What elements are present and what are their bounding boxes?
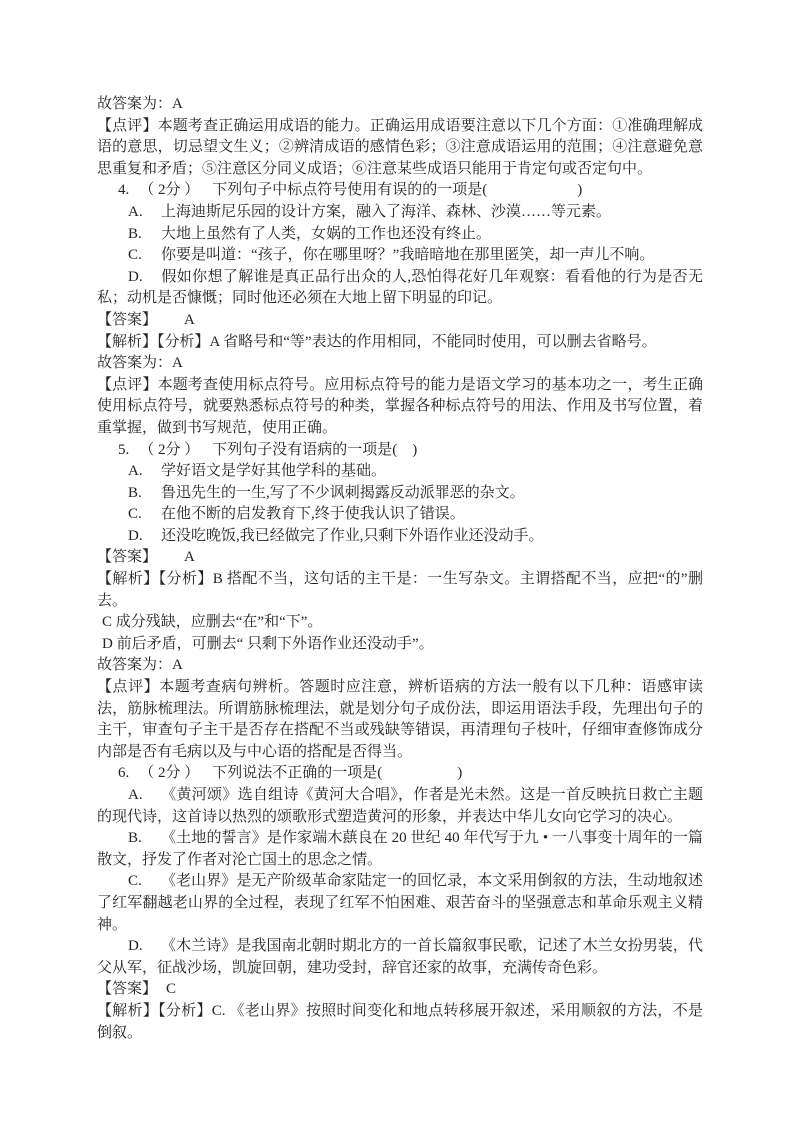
option-label: A. [128, 785, 161, 807]
option-line: C.《老山界》是无产阶级革命家陆定一的回忆录，本文采用倒叙的方法，生动地叙述了红… [97, 871, 703, 936]
paragraph: 故答案为：A [97, 655, 703, 677]
paragraph: 【解析】【分析】C. 《老山界》按照时间变化和地点转移展开叙述，采用顺叙的方法，… [97, 1001, 703, 1044]
option-text: 上海迪斯尼乐园的设计方案，融入了海洋、森林、沙漠……等元素。 [161, 204, 611, 220]
option-label: B. [128, 224, 161, 246]
option-line: B.鲁迅先生的一生,写了不少讽刺揭露反动派罪恶的杂文。 [97, 483, 703, 505]
question-score: （ 2分 ） [139, 765, 199, 781]
question-line: 5.（ 2分 ）下列句子没有语病的一项是( ) [97, 440, 703, 462]
option-line: D.还没吃晚饭,我已经做完了作业,只剩下外语作业还没动手。 [97, 526, 703, 548]
option-label: D. [128, 267, 161, 289]
option-text: 假如你想了解谁是真正品行出众的人,恐怕得花好几年观察：看看他的行为是否无私；动机… [97, 269, 703, 307]
option-label: A. [128, 461, 161, 483]
option-label: C. [128, 245, 161, 267]
option-text: 你要是叫道：“孩子，你在哪里呀？”我暗暗地在那里匿笑，却一声儿不响。 [161, 247, 654, 263]
paragraph: 故答案为：A [97, 353, 703, 375]
paragraph: 【解析】【分析】B 搭配不当，这句话的主干是：一生写杂文。主谓搭配不当，应把“的… [97, 569, 703, 612]
option-text: 大地上虽然有了人类，女娲的工作也还没有终止。 [161, 226, 491, 242]
option-line: B.大地上虽然有了人类，女娲的工作也还没有终止。 [97, 224, 703, 246]
answer-line: 【答案】C [97, 979, 703, 1001]
question-number: 5. [118, 442, 129, 458]
answer-label: 【答案】 [97, 549, 157, 565]
option-line: A.上海迪斯尼乐园的设计方案，融入了海洋、森林、沙漠……等元素。 [97, 202, 703, 224]
option-text: 还没吃晚饭,我已经做完了作业,只剩下外语作业还没动手。 [161, 528, 544, 544]
paragraph: 【点评】本题考查使用标点符号。应用标点符号的能力是语文学习的基本功之一，考生正确… [97, 375, 703, 440]
option-label: D. [128, 526, 161, 548]
option-text: 《土地的誓言》是作家端木蕻良在 20 世纪 40 年代写于九 • 一八事变十周年… [97, 830, 703, 868]
option-text: 在他不断的启发教育下,终于使我认识了错误。 [161, 506, 465, 522]
answer-label: 【答案】 [97, 312, 157, 328]
question-line: 4.（ 2分 ）下列句子中标点符号使用有误的的一项是( ) [97, 180, 703, 202]
option-line: A.学好语文是学好其他学科的基础。 [97, 461, 703, 483]
paragraph: 【点评】本题考查正确运用成语的能力。正确运用成语要注意以下几个方面：①准确理解成… [97, 116, 703, 181]
paragraph: C 成分残缺，应删去“在”和“下”。 [97, 612, 703, 634]
option-line: D.假如你想了解谁是真正品行出众的人,恐怕得花好几年观察：看看他的行为是否无私；… [97, 267, 703, 310]
option-line: D.《木兰诗》是我国南北朝时期北方的一首长篇叙事民歌，记述了木兰女扮男装，代父从… [97, 936, 703, 979]
option-label: B. [128, 828, 161, 850]
option-label: A. [128, 202, 161, 224]
option-text: 鲁迅先生的一生,写了不少讽刺揭露反动派罪恶的杂文。 [161, 485, 525, 501]
answer-line: 【答案】A [97, 547, 703, 569]
option-label: C. [128, 871, 161, 893]
answer-value: A [184, 549, 195, 565]
document-content: 故答案为：A【点评】本题考查正确运用成语的能力。正确运用成语要注意以下几个方面：… [97, 94, 703, 1044]
option-text: 学好语文是学好其他学科的基础。 [161, 463, 386, 479]
option-line: C.在他不断的启发教育下,终于使我认识了错误。 [97, 504, 703, 526]
question-text: 下列说法不正确的一项是( ) [212, 765, 462, 781]
question-text: 下列句子没有语病的一项是( ) [212, 442, 417, 458]
answer-value: A [184, 312, 195, 328]
option-line: A.《黄河颂》选自组诗《黄河大合唱》，作者是光未然。这是一首反映抗日救亡主题的现… [97, 785, 703, 828]
question-text: 下列句子中标点符号使用有误的的一项是( ) [212, 182, 582, 198]
option-label: B. [128, 483, 161, 505]
document-page: 故答案为：A【点评】本题考查正确运用成语的能力。正确运用成语要注意以下几个方面：… [0, 0, 793, 1122]
answer-label: 【答案】 [97, 981, 157, 997]
option-text: 《老山界》是无产阶级革命家陆定一的回忆录，本文采用倒叙的方法，生动地叙述了红军翻… [97, 873, 703, 932]
option-text: 《黄河颂》选自组诗《黄河大合唱》，作者是光未然。这是一首反映抗日救亡主题的现代诗… [97, 787, 703, 825]
option-label: D. [128, 936, 161, 958]
option-line: B.《土地的誓言》是作家端木蕻良在 20 世纪 40 年代写于九 • 一八事变十… [97, 828, 703, 871]
question-score: （ 2分 ） [139, 442, 199, 458]
question-number: 6. [118, 765, 129, 781]
question-score: （ 2分 ） [139, 182, 199, 198]
option-line: C.你要是叫道：“孩子，你在哪里呀？”我暗暗地在那里匿笑，却一声儿不响。 [97, 245, 703, 267]
paragraph: 【点评】本题考查病句辨析。答题时应注意，辨析语病的方法一般有以下几种：语感审读法… [97, 677, 703, 763]
paragraph: 【解析】【分析】A 省略号和“等”表达的作用相同，不能同时使用，可以删去省略号。 [97, 332, 703, 354]
question-line: 6.（ 2分 ）下列说法不正确的一项是( ) [97, 763, 703, 785]
question-number: 4. [118, 182, 129, 198]
answer-line: 【答案】A [97, 310, 703, 332]
paragraph: D 前后矛盾，可删去“ 只剩下外语作业还没动手”。 [97, 634, 703, 656]
option-text: 《木兰诗》是我国南北朝时期北方的一首长篇叙事民歌，记述了木兰女扮男装，代父从军，… [97, 938, 703, 976]
answer-value: C [166, 981, 176, 997]
paragraph: 故答案为：A [97, 94, 703, 116]
option-label: C. [128, 504, 161, 526]
